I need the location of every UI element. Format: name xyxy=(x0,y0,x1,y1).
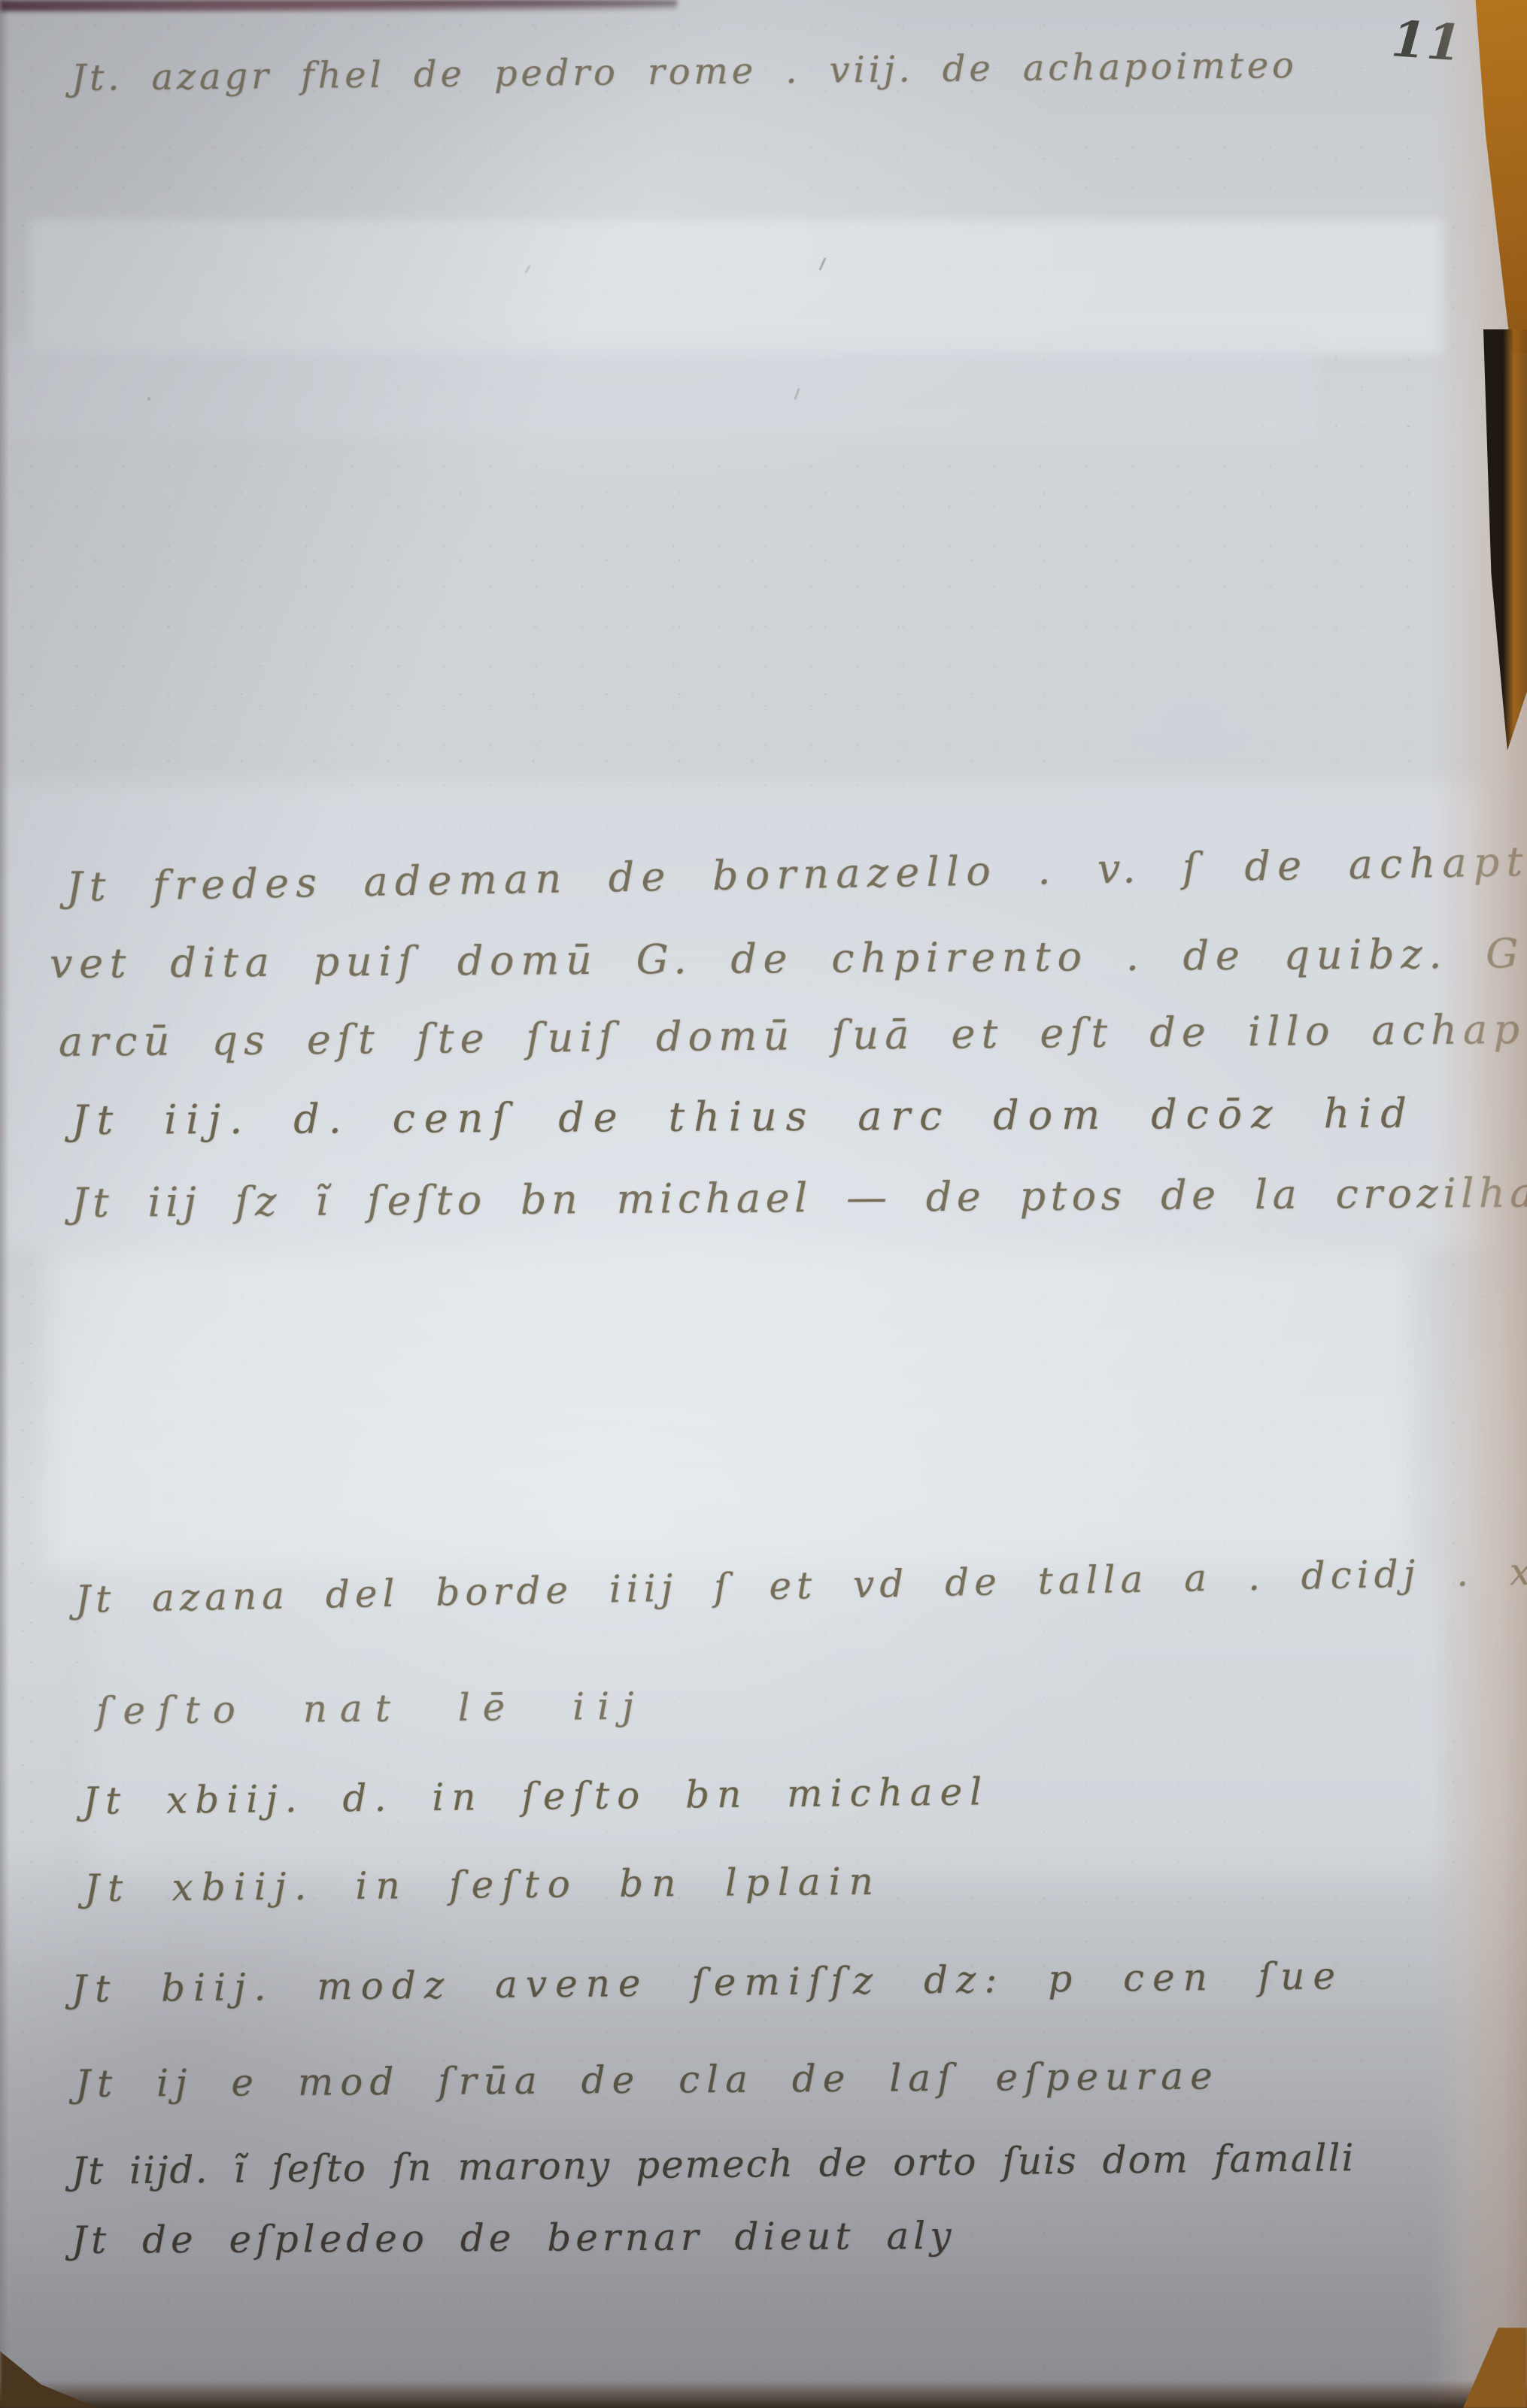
book-edge-bottom xyxy=(0,2380,1527,2408)
book-edge-right-gap xyxy=(1483,329,1527,751)
handwritten-line: Jt iij ſz ĩ ſeſto bn michael — de ptos d… xyxy=(71,1169,1527,1227)
paper-light-band xyxy=(0,340,1316,438)
manuscript-page: 11 Jt. azagr fhel de pedro rome . viij. … xyxy=(0,0,1527,2408)
handwritten-line: Jt fredes ademan de bornazello . v. ſ de… xyxy=(65,832,1527,911)
handwritten-line: Jt biij. modz avene ſemiſſz dz: p cen ſu… xyxy=(71,1954,1344,2011)
book-edge-bottom-left xyxy=(0,2339,98,2408)
ink-speck xyxy=(147,397,150,401)
ink-speck xyxy=(794,388,800,400)
page-number: 11 xyxy=(1389,9,1464,72)
handwritten-line: vet dita puiſ domū G. de chpirento . de … xyxy=(50,927,1527,987)
handwritten-line: Jt iij. d. cenſ de thius arc dom dcōz hi… xyxy=(71,1090,1416,1144)
book-edge-bottom-right xyxy=(1463,2328,1527,2408)
ink-speck xyxy=(524,265,531,274)
handwritten-line: Jt iijd. ĩ ſeſto ſn marony pemech de ort… xyxy=(71,2136,1355,2193)
page-left-edge xyxy=(0,0,9,2408)
ink-speck xyxy=(818,257,826,271)
handwritten-line: arcū qs eſt ſte ſuiſ domū ſuā et eſt de … xyxy=(59,1004,1527,1066)
paper-light-band xyxy=(45,1248,1414,1572)
handwritten-line: Jt xbiij. d. in ſeſto bn michael xyxy=(83,1770,990,1823)
handwritten-line: Jt de eſpledeo de bernar dieut aly xyxy=(71,2214,956,2262)
handwritten-line: Jt xbiij. in ſeſto bn lplain xyxy=(84,1860,882,1910)
binding-shadow-top xyxy=(0,0,677,11)
book-edge-top-right xyxy=(1456,0,1527,353)
handwritten-line: Jt ij e mod ſrūa de cla de laſ eſpeurae xyxy=(75,2054,1219,2106)
paper-light-band xyxy=(30,220,1444,353)
handwritten-line: ſeſto nat lē iij xyxy=(96,1685,647,1733)
handwritten-line-top-entry: Jt. azagr fhel de pedro rome . viij. de … xyxy=(71,44,1298,99)
handwritten-line: Jt azana del borde iiij ſ et vd de talla… xyxy=(74,1545,1527,1621)
